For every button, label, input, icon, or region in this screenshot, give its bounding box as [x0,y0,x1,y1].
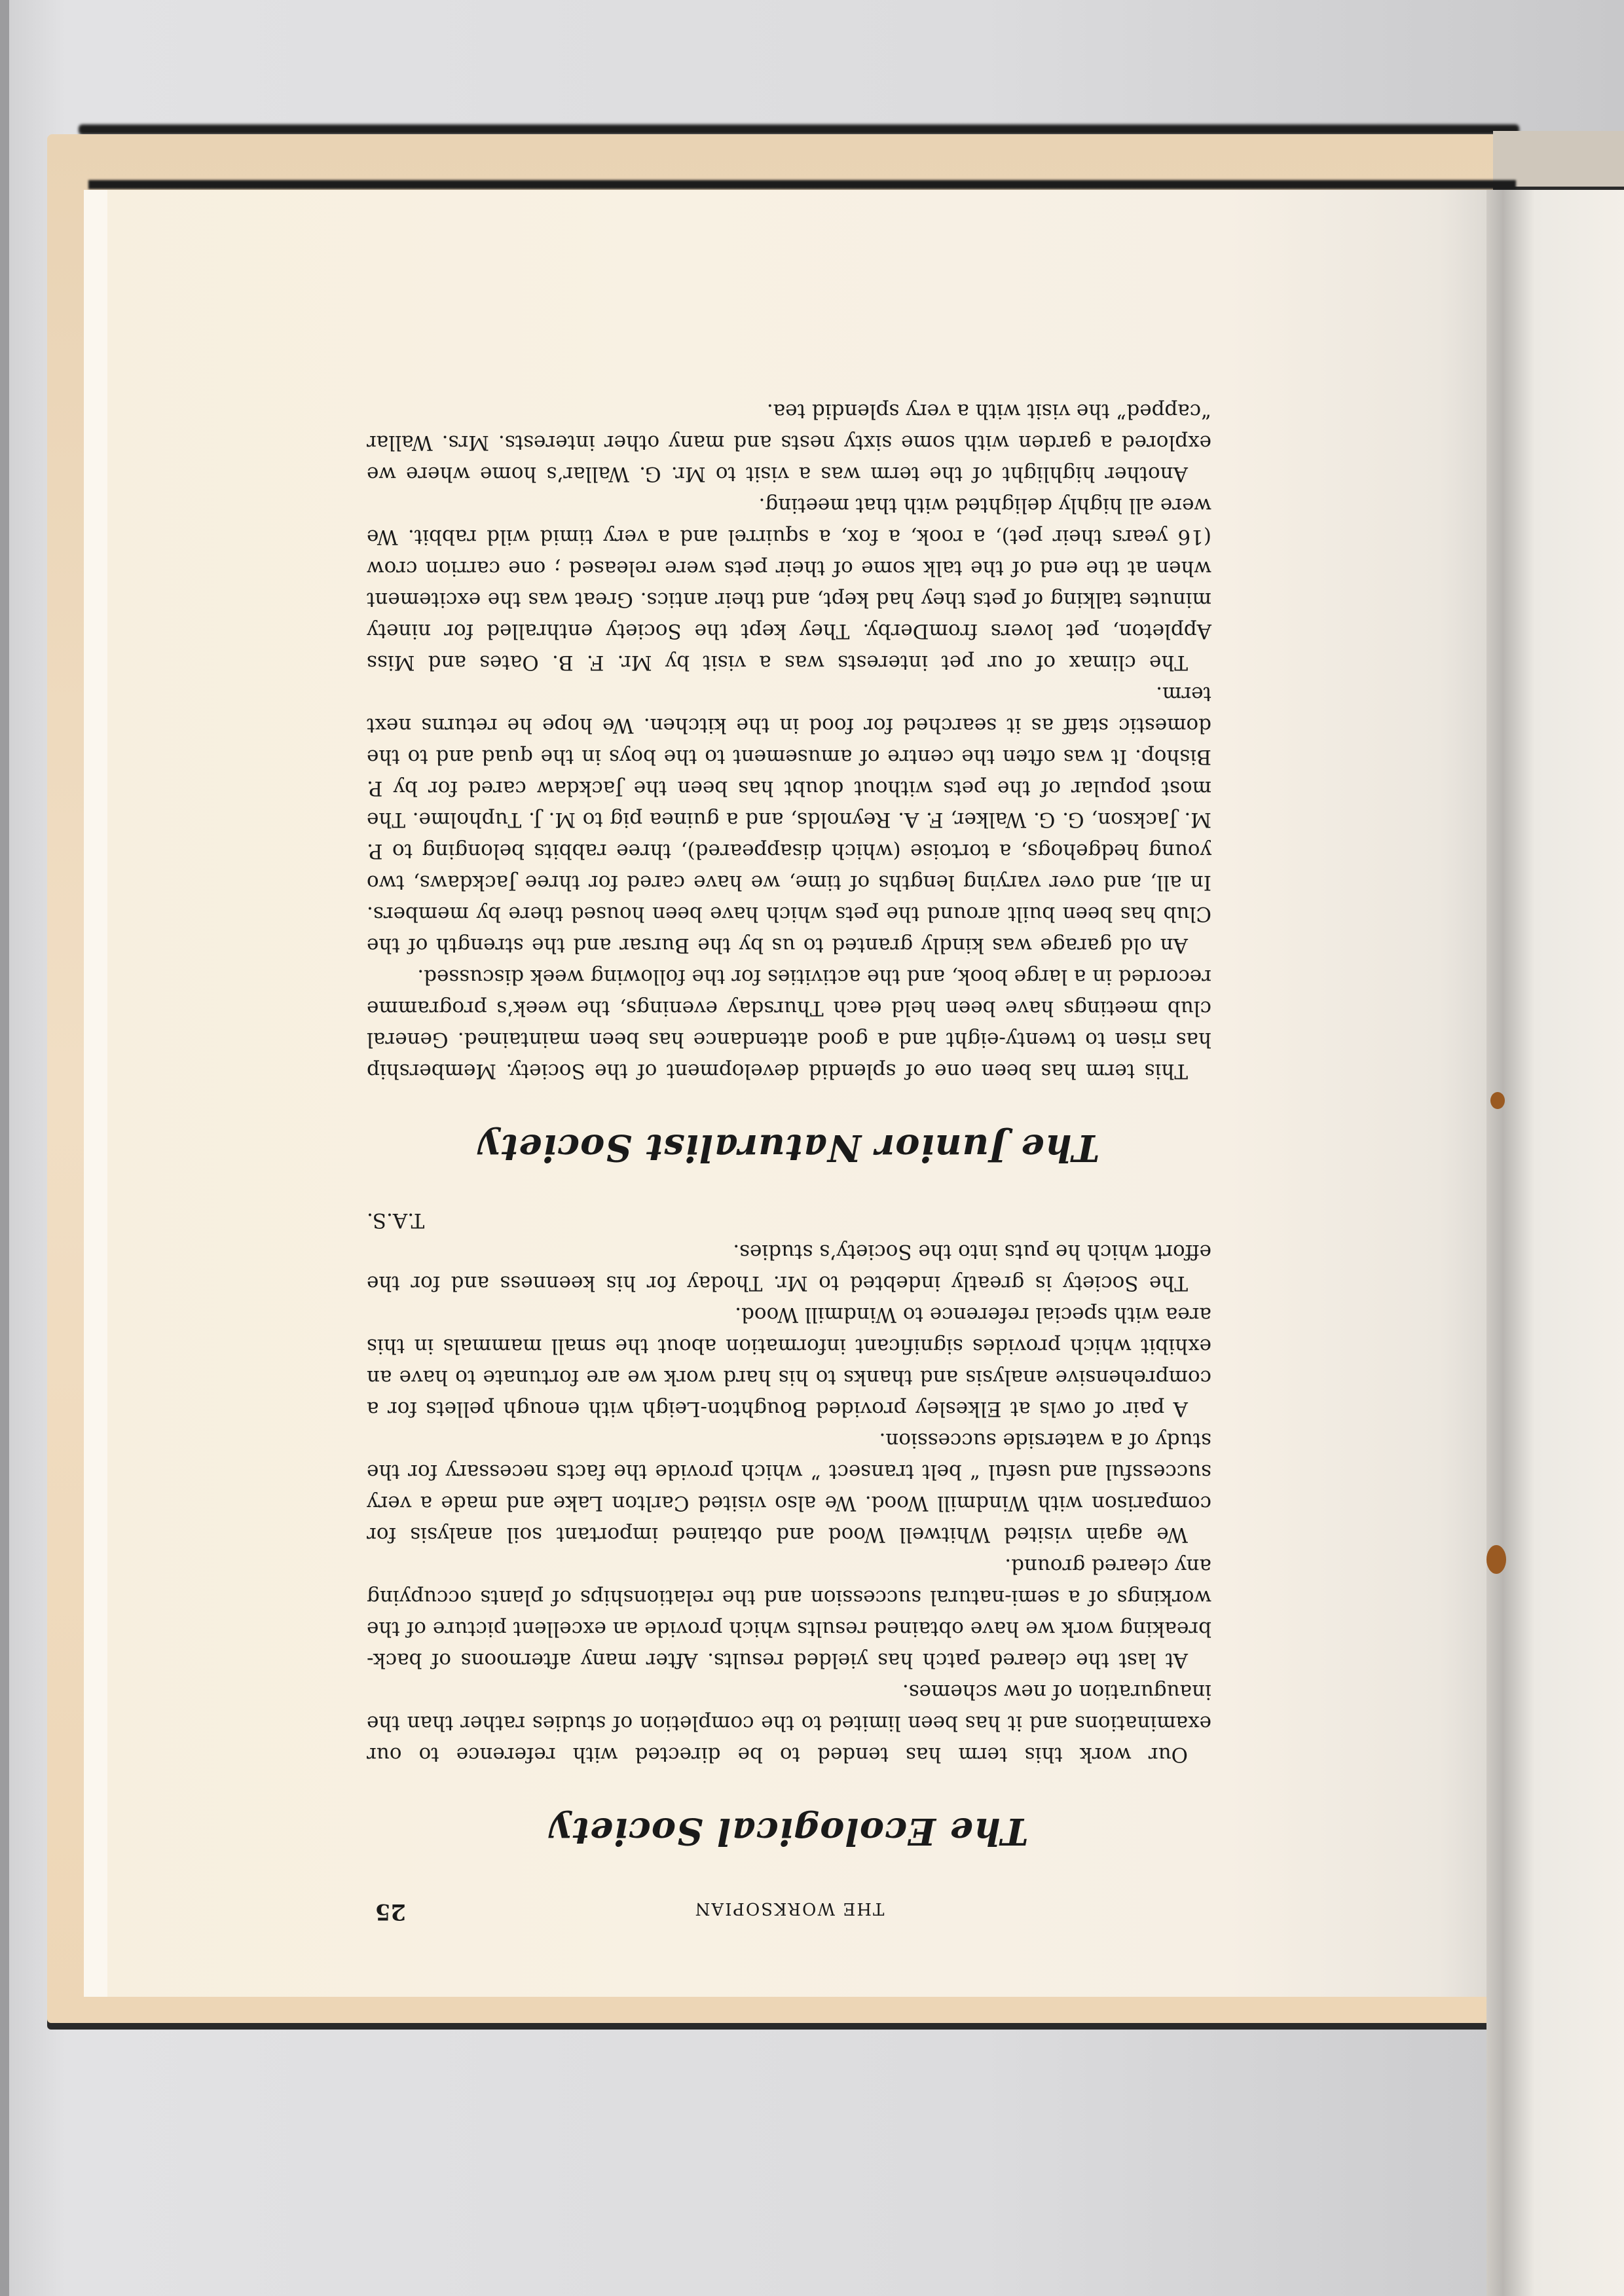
paragraph: The climax of our pet interests was a vi… [367,490,1211,678]
running-head: THE WORKSOPIAN 25 [367,1899,1211,1925]
paragraph: The Society is greatly indebted to Mr. T… [367,1236,1211,1299]
paragraph: Another highlight of the term was a visi… [367,395,1211,490]
page-number: 25 [367,1899,406,1925]
section-ecological-society: The Ecological Society Our work this ter… [367,1209,1211,1853]
running-head-title: THE WORKSOPIAN [406,1899,1172,1918]
cover-shadow-top [79,124,1519,135]
paragraph: We again visited Whitwell Wood and obtai… [367,1425,1211,1550]
paragraph: At last the cleared patch has yielded re… [367,1550,1211,1676]
paragraph: Our work this term has tended to be dire… [367,1676,1211,1770]
rust-stain [1486,1545,1506,1574]
cover-inner-edge [88,180,1516,189]
rust-stain [1490,1092,1505,1109]
section-heading: The Ecological Society [367,1810,1211,1853]
page-content-rotated: THE WORKSOPIAN 25 The Ecological Society… [367,419,1211,1925]
section-junior-naturalist-society: The Junior Naturalist Society This term … [367,395,1211,1169]
signature: T.A.S. [367,1209,1211,1232]
page-edge-highlight [84,190,107,1997]
section-heading: The Junior Naturalist Society [367,1126,1211,1169]
paragraph: This term has been one of splendid devel… [367,961,1211,1087]
paragraph: An old garage was kindly granted to us b… [367,678,1211,961]
book-gutter [1486,190,1624,2296]
scanner-edge [0,0,9,2296]
paragraph: A pair of owls at Elkesley provided Boug… [367,1299,1211,1425]
